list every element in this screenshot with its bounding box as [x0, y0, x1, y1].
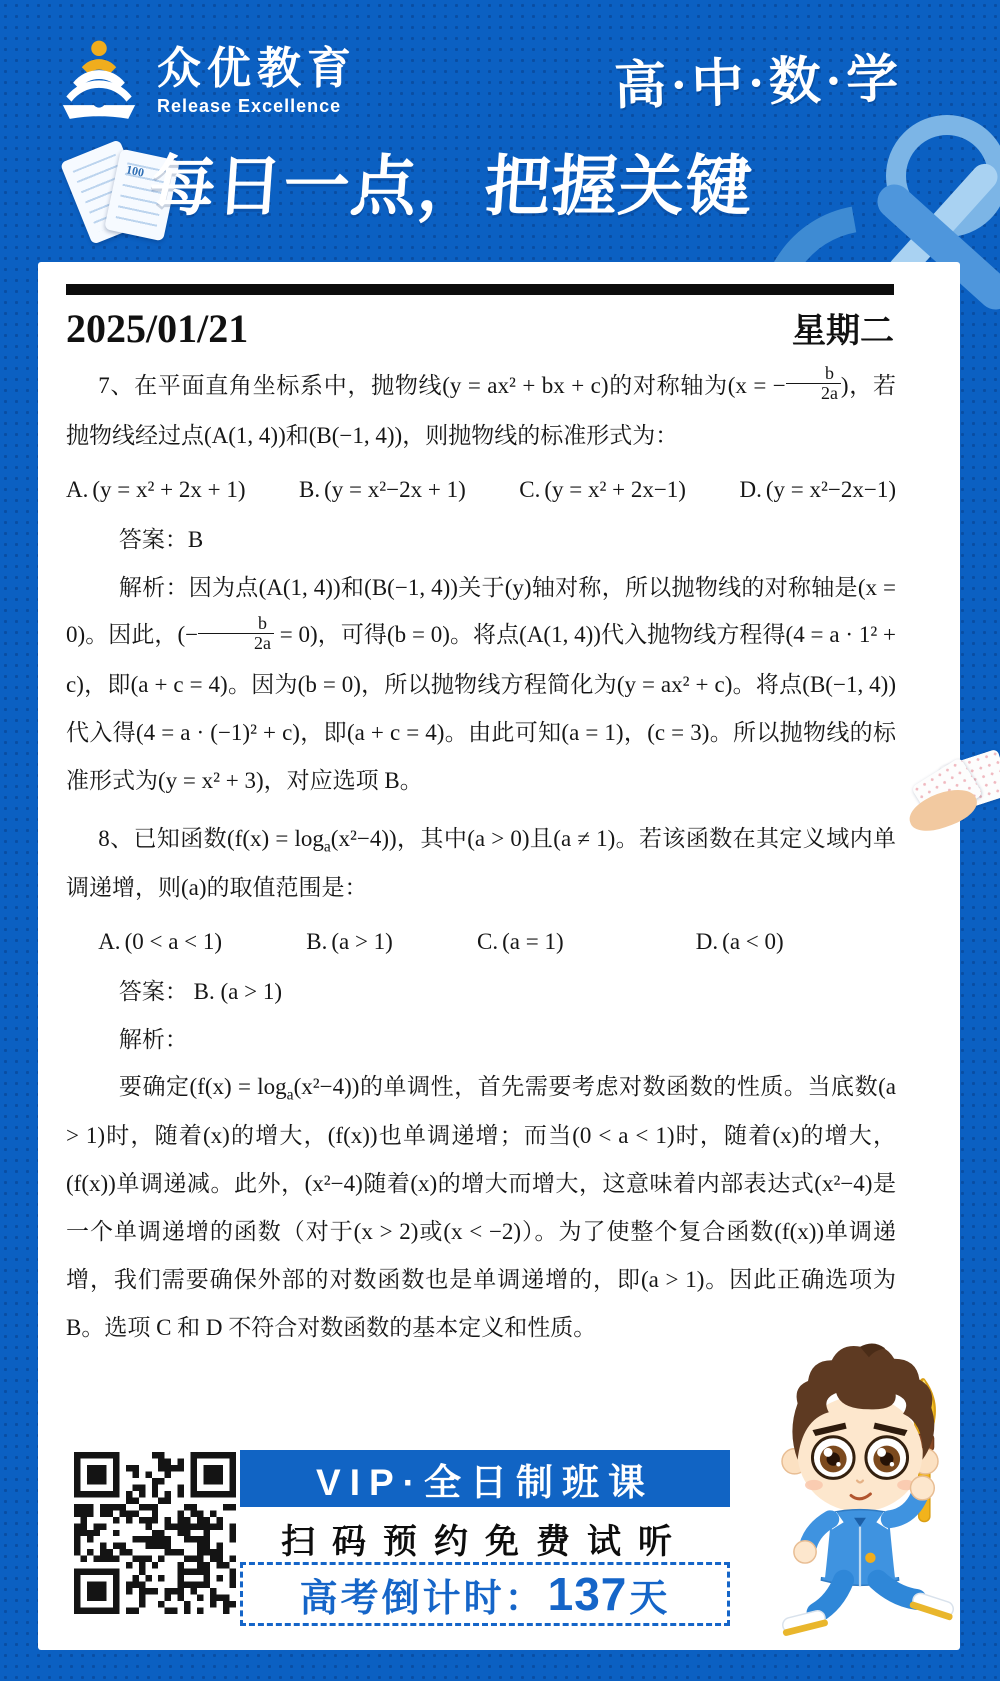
- subject-title: 高·中·数·学: [613, 36, 903, 119]
- fraction-b-2a: b2a: [198, 614, 274, 653]
- fraction-b-2a: b2a: [786, 364, 841, 403]
- option-a: A.(y = x² + 2x + 1): [66, 466, 246, 514]
- weekday-text: 星期二: [792, 303, 894, 352]
- poster-page: 众优教育 Release Excellence 高·中·数·学 100 每日一点…: [0, 0, 1000, 1681]
- option-b: B.(y = x²−2x + 1): [299, 466, 466, 514]
- brand-name: 众优教育: [157, 45, 357, 93]
- log-base-subscript: a: [287, 1087, 294, 1104]
- problem7-analysis: 解析：因为点(A(1, 4))和(B(−1, 4))关于(y)轴对称，所以抛物线…: [66, 564, 896, 805]
- date-bar: 2025/01/21 星期二: [66, 303, 894, 352]
- option-c: C.(a = 1): [445, 918, 564, 966]
- problem8-stem: 8、已知函数(f(x) = loga(x²−4))，其中(a > 0)且(a ≠…: [66, 815, 896, 912]
- option-b: B.(a > 1): [274, 918, 393, 966]
- scan-booking-text: 扫码预约免费试听: [240, 1514, 730, 1563]
- brand-tagline: Release Excellence: [157, 96, 357, 117]
- problem7-stem: 7、在平面直角坐标系中，抛物线(y = ax² + bx + c)的对称轴为(x…: [66, 362, 896, 460]
- date-text: 2025/01/21: [66, 305, 248, 352]
- qr-code: [74, 1452, 236, 1614]
- countdown-prefix: 高考倒计时：: [300, 1567, 546, 1622]
- problem8-analysis: 要确定(f(x) = loga(x²−4))的单调性，首先需要考虑对数函数的性质…: [66, 1063, 896, 1351]
- problem8-answer: 答案： B. (a > 1): [66, 968, 896, 1016]
- option-d: D.(a < 0): [664, 918, 784, 966]
- divider-rule: [66, 284, 894, 295]
- option-d: D.(y = x²−2x−1): [739, 466, 896, 514]
- hand-notes-icon: [900, 755, 1000, 825]
- problem8-options: A.(0 < a < 1) B.(a > 1) C.(a = 1) D.(a <…: [66, 918, 896, 966]
- log-base-subscript: a: [324, 839, 331, 856]
- problem7-answer: 答案：B: [66, 516, 896, 564]
- option-c: C.(y = x² + 2x−1): [519, 466, 686, 514]
- problem7-options: A.(y = x² + 2x + 1) B.(y = x²−2x + 1) C.…: [66, 466, 896, 514]
- vip-class-banner: VIP·全日制班课: [240, 1450, 730, 1507]
- banner-slogan: 每日一点，把握关键: [147, 133, 854, 228]
- gaokao-countdown: 高考倒计时：137天: [240, 1562, 730, 1626]
- problem8-analysis-label: 解析：: [66, 1016, 896, 1064]
- mascot-boy-illustration: [735, 1335, 985, 1647]
- book-reader-icon: [55, 38, 143, 124]
- countdown-suffix: 天: [629, 1567, 670, 1622]
- countdown-days: 137: [548, 1567, 628, 1621]
- brand-logo: 众优教育 Release Excellence: [55, 38, 357, 124]
- option-a: A.(0 < a < 1): [66, 918, 222, 966]
- problems-content: 7、在平面直角坐标系中，抛物线(y = ax² + bx + c)的对称轴为(x…: [66, 362, 896, 1352]
